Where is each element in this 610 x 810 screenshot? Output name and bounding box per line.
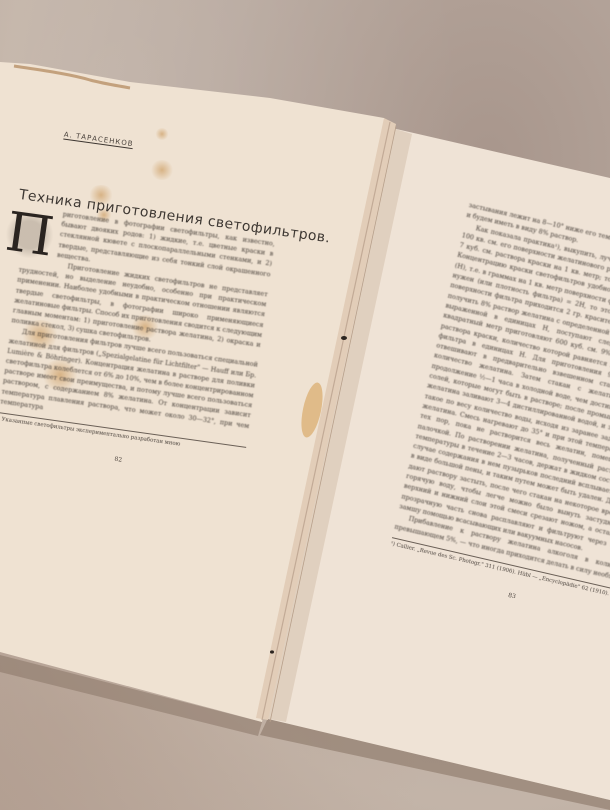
left-page-content: А. ТАРАСЕНКОВ Техника приготовления свет…: [0, 118, 288, 481]
spine-hole: [270, 650, 274, 653]
author-header: А. ТАРАСЕНКОВ: [63, 131, 134, 150]
spine-hole: [341, 336, 347, 340]
